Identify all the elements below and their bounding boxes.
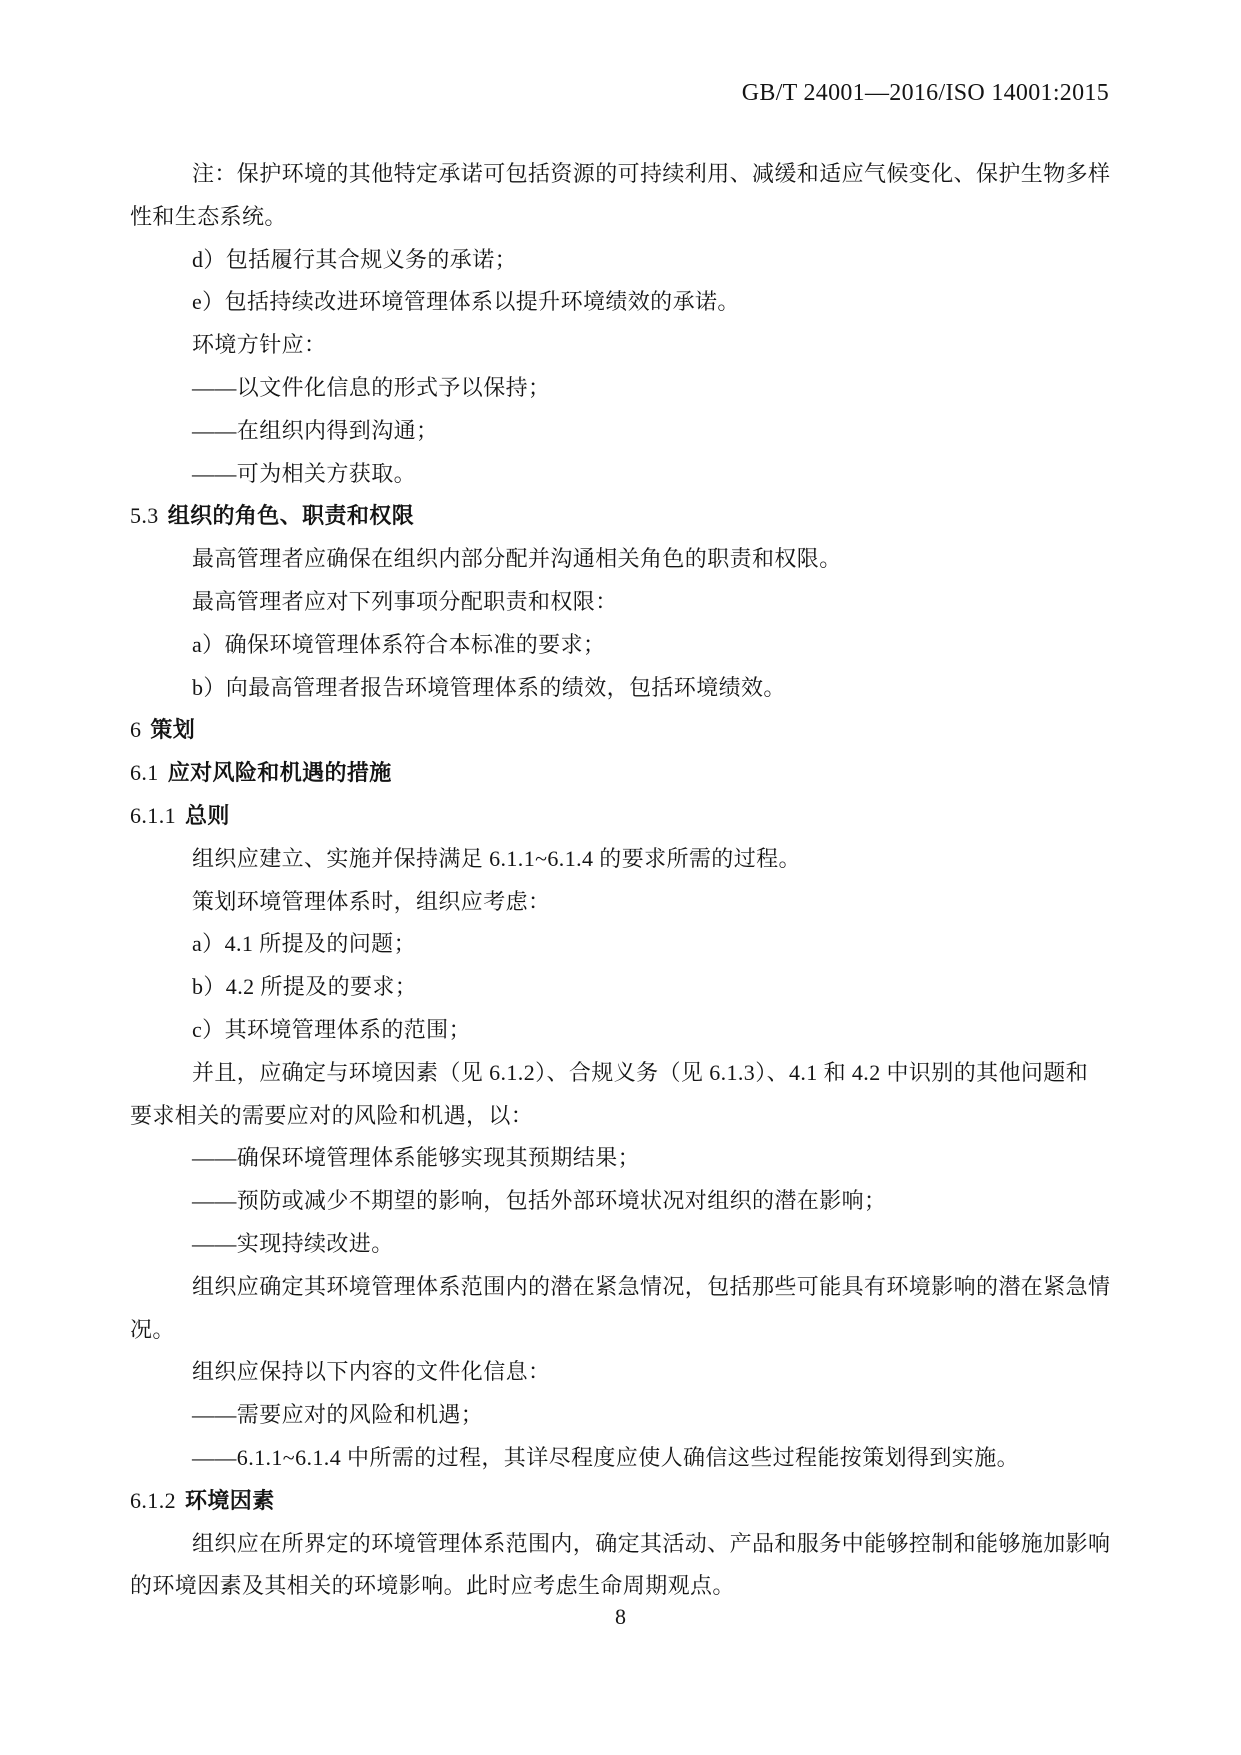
clause-number: 6.1.1 (130, 803, 176, 828)
paragraph: ——确保环境管理体系能够实现其预期结果； (130, 1137, 1112, 1180)
running-header-standard-number: GB/T 24001—2016/ISO 14001:2015 (742, 80, 1109, 107)
paragraph: ——预防或减少不期望的影响，包括外部环境状况对组织的潜在影响； (130, 1180, 1112, 1223)
paragraph: 组织应确定其环境管理体系范围内的潜在紧急情况，包括那些可能具有环境影响的潜在紧急… (130, 1266, 1112, 1352)
paragraph: ——可为相关方获取。 (130, 453, 1112, 496)
section-heading: 5.3组织的角色、职责和权限 (130, 495, 1112, 538)
heading-text: 组织的角色、职责和权限 (168, 503, 414, 528)
paragraph: 组织应保持以下内容的文件化信息： (130, 1351, 1112, 1394)
clause-number: 5.3 (130, 503, 159, 528)
paragraph: 环境方针应： (130, 324, 1112, 367)
page-number: 8 (0, 1604, 1241, 1630)
paragraph: ——在组织内得到沟通； (130, 410, 1112, 453)
paragraph: 组织应建立、实施并保持满足 6.1.1~6.1.4 的要求所需的过程。 (130, 838, 1112, 881)
paragraph: 注：保护环境的其他特定承诺可包括资源的可持续利用、减缓和适应气候变化、保护生物多… (130, 153, 1112, 239)
paragraph: b）向最高管理者报告环境管理体系的绩效，包括环境绩效。 (130, 667, 1112, 710)
clause-number: 6 (130, 717, 141, 742)
paragraph: ——以文件化信息的形式予以保持； (130, 367, 1112, 410)
heading-text: 策划 (150, 717, 195, 742)
paragraph: b）4.2 所提及的要求； (130, 966, 1112, 1009)
paragraph: 并且，应确定与环境因素（见 6.1.2）、合规义务（见 6.1.3）、4.1 和… (130, 1052, 1112, 1138)
clause-number: 6.1 (130, 760, 159, 785)
document-page: GB/T 24001—2016/ISO 14001:2015 注：保护环境的其他… (0, 0, 1241, 1755)
paragraph: ——6.1.1~6.1.4 中所需的过程，其详尽程度应使人确信这些过程能按策划得… (130, 1437, 1112, 1480)
section-heading: 6.1.2环境因素 (130, 1480, 1112, 1523)
paragraph: ——实现持续改进。 (130, 1223, 1112, 1266)
clause-number: 6.1.2 (130, 1488, 176, 1513)
heading-text: 环境因素 (185, 1488, 275, 1513)
paragraph: 最高管理者应对下列事项分配职责和权限： (130, 581, 1112, 624)
paragraph: ——需要应对的风险和机遇； (130, 1394, 1112, 1437)
paragraph: a）4.1 所提及的问题； (130, 923, 1112, 966)
paragraph: c）其环境管理体系的范围； (130, 1009, 1112, 1052)
paragraph: 组织应在所界定的环境管理体系范围内，确定其活动、产品和服务中能够控制和能够施加影… (130, 1523, 1112, 1609)
paragraph: d）包括履行其合规义务的承诺； (130, 239, 1112, 282)
paragraph: a）确保环境管理体系符合本标准的要求； (130, 624, 1112, 667)
heading-text: 总则 (185, 803, 230, 828)
paragraph: 最高管理者应确保在组织内部分配并沟通相关角色的职责和权限。 (130, 538, 1112, 581)
heading-text: 应对风险和机遇的措施 (168, 760, 392, 785)
section-heading: 6.1应对风险和机遇的措施 (130, 752, 1112, 795)
section-heading: 6.1.1总则 (130, 795, 1112, 838)
paragraph: e）包括持续改进环境管理体系以提升环境绩效的承诺。 (130, 281, 1112, 324)
paragraph: 策划环境管理体系时，组织应考虑： (130, 881, 1112, 924)
section-heading: 6策划 (130, 709, 1112, 752)
document-body: 注：保护环境的其他特定承诺可包括资源的可持续利用、减缓和适应气候变化、保护生物多… (130, 153, 1112, 1608)
